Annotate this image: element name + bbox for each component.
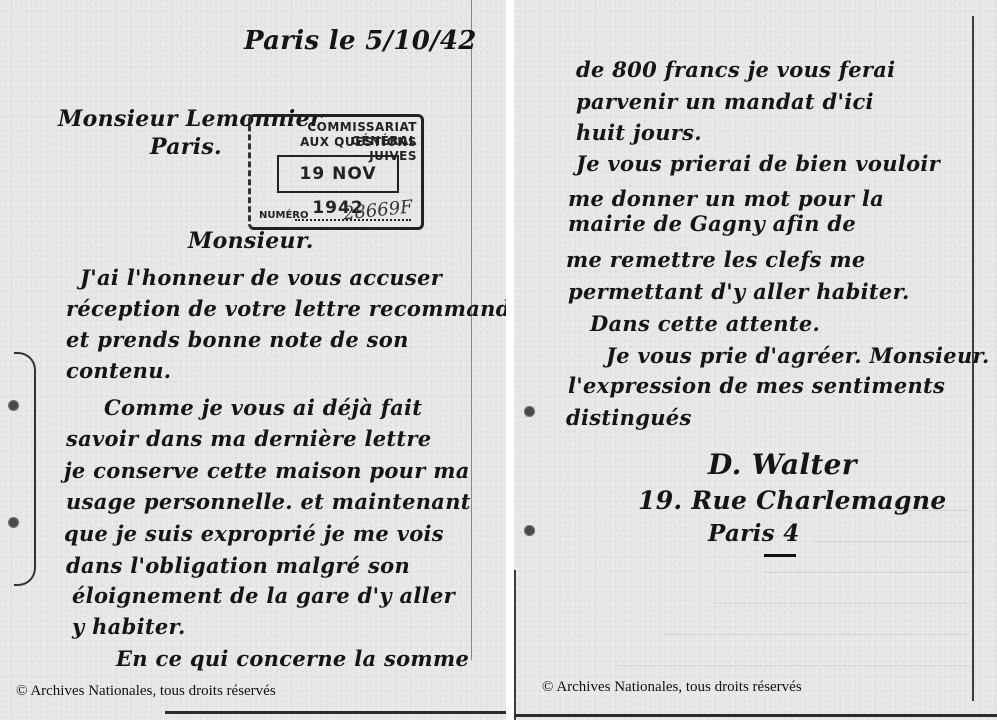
binder-hole-icon: [8, 400, 19, 411]
copyright-notice: © Archives Nationales, tous droits réser…: [542, 679, 802, 696]
body-line: Comme je vous ai déjà fait: [104, 392, 422, 423]
place-date: Paris le 5/10/42: [244, 26, 477, 56]
body-line: huit jours.: [576, 117, 702, 148]
ruled-line: [814, 541, 969, 542]
body-line: Je vous prierai de bien vouloir: [576, 148, 940, 179]
copyright-notice: © Archives Nationales, tous droits réser…: [16, 683, 276, 700]
body-line: En ce qui concerne la somme: [116, 643, 469, 674]
body-line: je conserve cette maison pour ma: [64, 455, 470, 486]
body-line: y habiter.: [72, 611, 186, 642]
underline-mark: [764, 554, 796, 557]
body-line: distingués: [566, 402, 692, 433]
binder-bracket: [14, 352, 36, 586]
page-left-edge-line: [514, 570, 516, 720]
body-line: éloignement de la gare d'y aller: [72, 580, 455, 611]
ruled-line: [614, 665, 969, 666]
body-line: savoir dans ma dernière lettre: [66, 423, 431, 454]
body-line: dans l'obligation malgré son: [66, 550, 410, 581]
body-line: contenu.: [66, 355, 171, 386]
sender-city: Paris 4: [708, 520, 800, 547]
body-line: usage personnelle. et maintenant: [66, 486, 471, 517]
letter-page-1: Paris le 5/10/42 Monsieur Lemonnier Pari…: [0, 0, 506, 720]
body-line: J'ai l'honneur de vous accuser: [80, 262, 442, 293]
body-line: et prends bonne note de son: [66, 324, 409, 355]
body-line: me remettre les clefs me: [566, 244, 866, 275]
page-right-margin-line: [471, 0, 472, 660]
body-line: de 800 francs je vous ferai: [576, 54, 895, 85]
page-bottom-edge: [514, 714, 997, 717]
binder-hole-icon: [524, 406, 535, 417]
cgqj-receipt-stamp: COMMISSARIAT GÉNÉRAL AUX QUESTIONS JUIVE…: [248, 114, 424, 230]
binder-hole-icon: [524, 525, 535, 536]
ruled-line: [714, 603, 969, 604]
ruled-line: [764, 572, 969, 573]
binder-hole-icon: [8, 517, 19, 528]
body-line: Dans cette attente.: [590, 308, 820, 339]
body-line: que je suis exproprié je me vois: [64, 518, 444, 549]
body-line: parvenir un mandat d'ici: [576, 86, 874, 117]
body-line: l'expression de mes sentiments: [568, 370, 945, 401]
ruled-line: [664, 634, 969, 635]
page-bottom-edge: [165, 711, 506, 714]
letter-page-2: de 800 francs je vous ferai parvenir un …: [514, 0, 997, 720]
sender-street: 19. Rue Charlemagne: [638, 486, 947, 515]
salutation: Monsieur.: [188, 228, 314, 254]
body-line: mairie de Gagny afin de: [568, 208, 856, 239]
body-line: permettant d'y aller habiter.: [568, 276, 910, 307]
signature: D. Walter: [708, 448, 857, 481]
recipient-city: Paris.: [150, 134, 222, 160]
stamp-date: 19 NOV 1942: [277, 155, 399, 193]
body-line: Je vous prie d'agréer. Monsieur.: [606, 340, 990, 371]
body-line: réception de votre lettre recommandée: [66, 293, 506, 324]
